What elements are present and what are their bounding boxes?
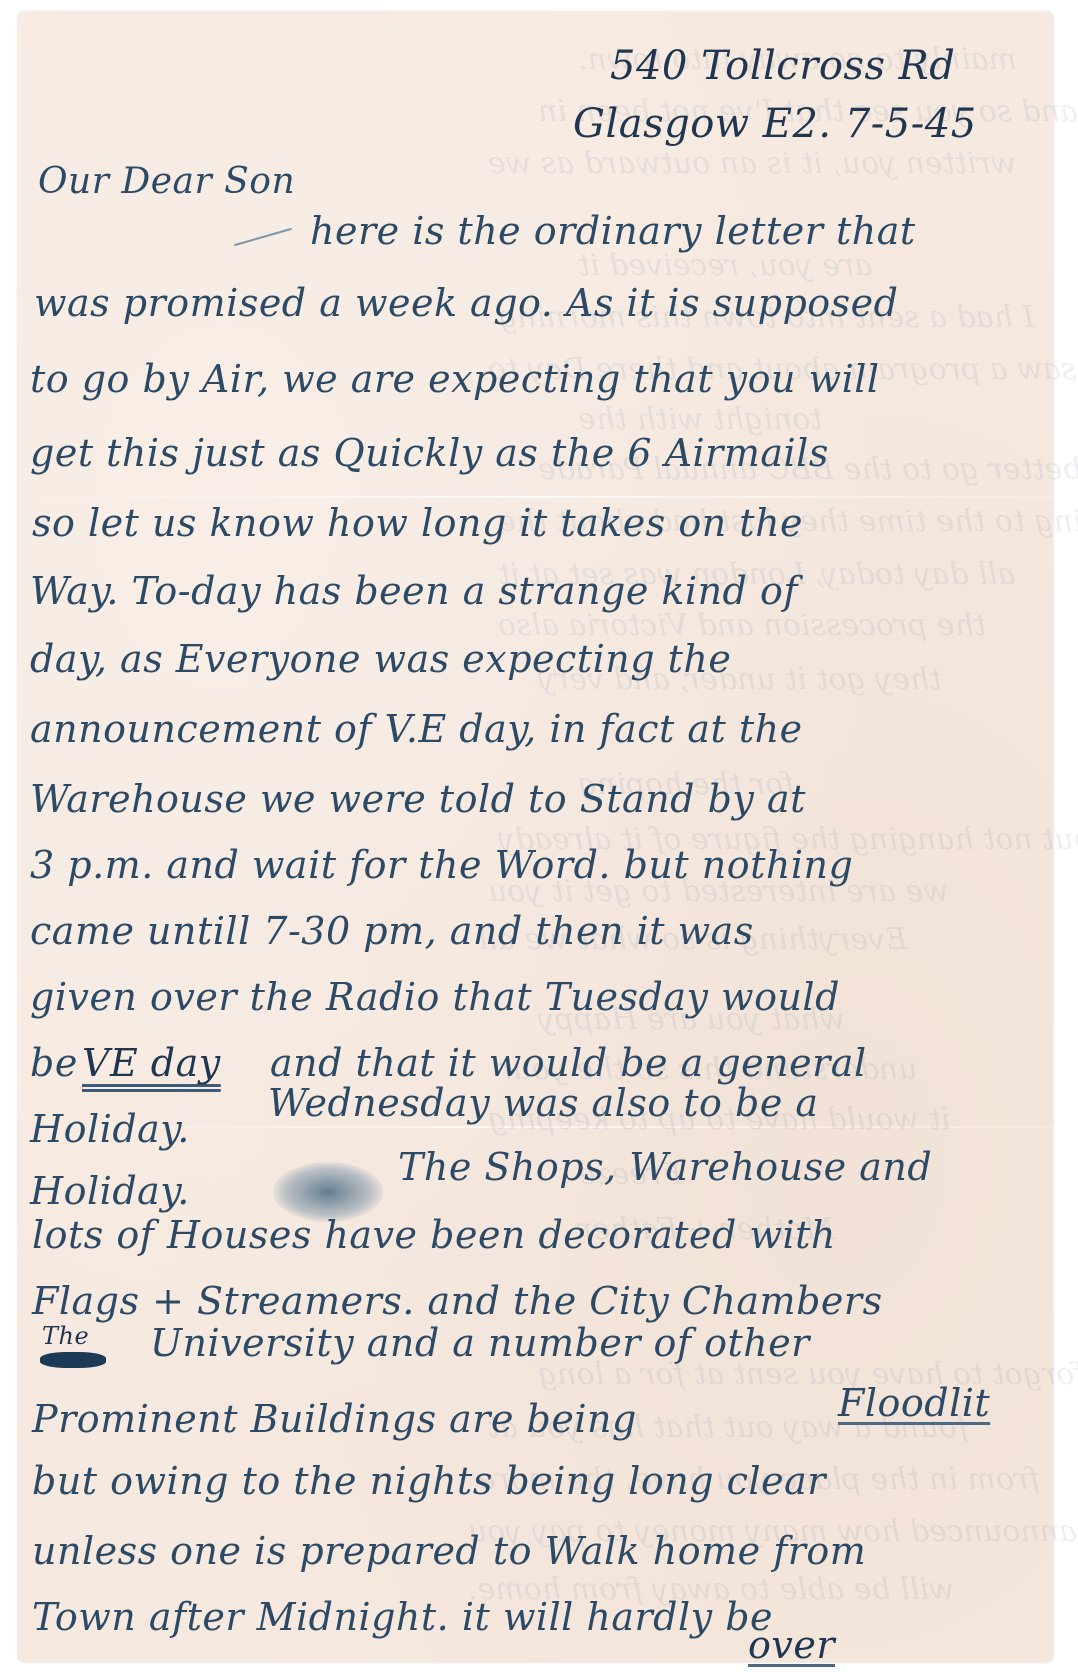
ve-day-underlined: VE day	[82, 1044, 221, 1082]
letter-line-7: day, as Everyone was expecting the	[30, 640, 731, 678]
letter-line-6: Way. To-day has been a strange kind of	[30, 572, 798, 610]
sender-address-city-date: Glasgow E2. 7-5-45	[573, 104, 977, 144]
letter-line-14-wednesday: Wednesday was also to be a	[268, 1084, 819, 1122]
letter-line-15-holiday: Holiday.	[30, 1172, 190, 1210]
letter-line-4: get this just as Quickly as the 6 Airmai…	[30, 434, 829, 472]
salutation: Our Dear Son	[38, 164, 295, 200]
letter-line-16: lots of Houses have been decorated with	[32, 1216, 836, 1254]
letter-line-11: came untill 7-30 pm, and then it was	[30, 912, 754, 950]
letter-line-15-shops: The Shops, Warehouse and	[398, 1148, 932, 1186]
letter-line-22: Town after Midnight. it will hardly be	[32, 1598, 773, 1636]
floodlit-underlined: Floodlit	[838, 1384, 990, 1422]
letter-line-3: to go by Air, we are expecting that you …	[30, 360, 880, 398]
letter-line-14-holiday: Holiday.	[30, 1110, 190, 1148]
letter-line-10: 3 p.m. and wait for the Word. but nothin…	[30, 846, 853, 884]
ink-blot	[40, 1352, 106, 1368]
letter-line-1: here is the ordinary letter that	[310, 212, 916, 250]
letter-line-2: was promised a week ago. As it is suppos…	[34, 284, 898, 322]
letter-line-8: announcement of V.E day, in fact at the	[30, 710, 803, 748]
page-turn-over: over	[748, 1626, 835, 1664]
letter-line-18-university: University and a number of other	[150, 1324, 810, 1362]
letter-line-13-suffix: and that it would be a general	[270, 1044, 867, 1082]
letter-line-20: but owing to the nights being long clear	[32, 1462, 826, 1500]
letter-line-12: given over the Radio that Tuesday would	[30, 978, 840, 1016]
letter-line-21: unless one is prepared to Walk home from	[32, 1532, 866, 1570]
letter-line-17: Flags + Streamers. and the City Chambers	[32, 1282, 883, 1320]
letter-line-9: Warehouse we were told to Stand by at	[30, 780, 806, 818]
paper-fold-line	[18, 496, 1053, 498]
salutation-flourish	[234, 228, 292, 246]
sender-address-street: 540 Tollcross Rd	[610, 46, 955, 86]
letter-line-13-prefix: be	[30, 1044, 78, 1082]
letter-line-18-the: The	[42, 1324, 89, 1348]
letter-line-19-prefix: Prominent Buildings are being	[32, 1400, 637, 1438]
letter-page: mainly to go away into town. and so you …	[18, 12, 1053, 1662]
letter-line-5: so let us know how long it takes on the	[32, 504, 803, 542]
